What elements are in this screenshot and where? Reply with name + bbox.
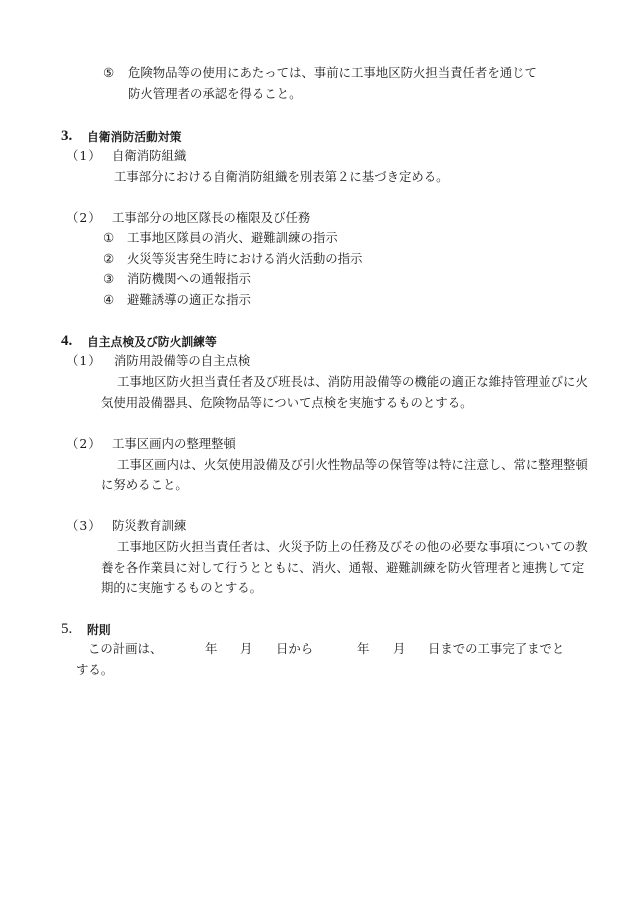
list-item-marker-1: ① xyxy=(103,230,114,246)
subsection-4-3-number: （3） xyxy=(66,518,102,534)
supplementary-prefix: この計画は、 xyxy=(88,641,162,657)
subsection-4-1-body-line2: 気使用設備器具、危険物品等について点検を実施するものとする。 xyxy=(101,395,472,411)
subsection-3-1-title: 自衛消防組織 xyxy=(112,148,186,164)
subsection-3-2-number: （2） xyxy=(66,210,102,226)
start-month-label: 月 xyxy=(240,641,252,657)
end-month-label: 月 xyxy=(393,641,405,657)
subsection-4-1-number: （1） xyxy=(66,353,102,369)
subsection-3-1-body: 工事部分における自衛消防組織を別表第２に基づき定める。 xyxy=(114,169,449,185)
section-4-number: 4. xyxy=(61,333,72,349)
subsection-4-3-body-line2: 養を各作業員に対して行うとともに、消火、通報、避難訓練を防火管理者と連携して定 xyxy=(101,560,584,576)
intro-item-text-line2: 防火管理者の承認を得ること。 xyxy=(128,86,301,102)
list-item-marker-4: ④ xyxy=(103,292,114,308)
list-item-marker-3: ③ xyxy=(103,271,114,287)
subsection-4-1-title: 消防用設備等の自主点検 xyxy=(114,353,250,369)
item-marker-5: ⑤ xyxy=(103,65,114,81)
end-year-label: 年 xyxy=(357,641,369,657)
subsection-3-1-number: （1） xyxy=(66,148,102,164)
subsection-4-2-body-line2: に努めること。 xyxy=(101,477,188,493)
end-day-label: 日までの工事完了までと xyxy=(428,641,564,657)
subsection-4-2-body-line1: 工事区画内は、火気使用設備及び引火性物品等の保管等は特に注意し、常に整理整頓 xyxy=(117,457,588,473)
subsection-4-1-body-line1: 工事地区防火担当責任者及び班長は、消防用設備等の機能の適正な維持管理並びに火 xyxy=(117,374,588,390)
section-3-title: 自衛消防活動対策 xyxy=(87,129,181,145)
list-item-marker-2: ② xyxy=(103,251,114,267)
list-item-text-4: 避難誘導の適正な指示 xyxy=(127,292,251,308)
subsection-4-3-body-line3: 期的に実施するものとする。 xyxy=(101,580,262,596)
section-5-title: 附則 xyxy=(87,622,111,638)
subsection-4-3-title: 防災教育訓練 xyxy=(112,518,186,534)
section-4-title: 自主点検及び防火訓練等 xyxy=(87,334,217,350)
start-day-label: 日から xyxy=(276,641,313,657)
list-item-text-3: 消防機関への通報指示 xyxy=(127,271,251,287)
start-year-label: 年 xyxy=(205,641,217,657)
subsection-4-2-title: 工事区画内の整理整頓 xyxy=(112,436,236,452)
list-item-text-2: 火災等災害発生時における消火活動の指示 xyxy=(127,251,362,267)
subsection-4-2-number: （2） xyxy=(66,436,102,452)
section-5-number: 5. xyxy=(61,621,72,637)
intro-item-text-line1: 危険物品等の使用にあたっては、事前に工事地区防火担当責任者を通じて xyxy=(128,65,537,81)
subsection-3-2-title: 工事部分の地区隊長の権限及び任務 xyxy=(112,210,310,226)
subsection-4-3-body-line1: 工事地区防火担当責任者は、火災予防上の任務及びその他の必要な事項についての教 xyxy=(117,539,588,555)
supplementary-line2: する。 xyxy=(76,662,113,678)
section-3-number: 3. xyxy=(61,128,72,144)
list-item-text-1: 工事地区隊員の消火、避難訓練の指示 xyxy=(127,230,338,246)
